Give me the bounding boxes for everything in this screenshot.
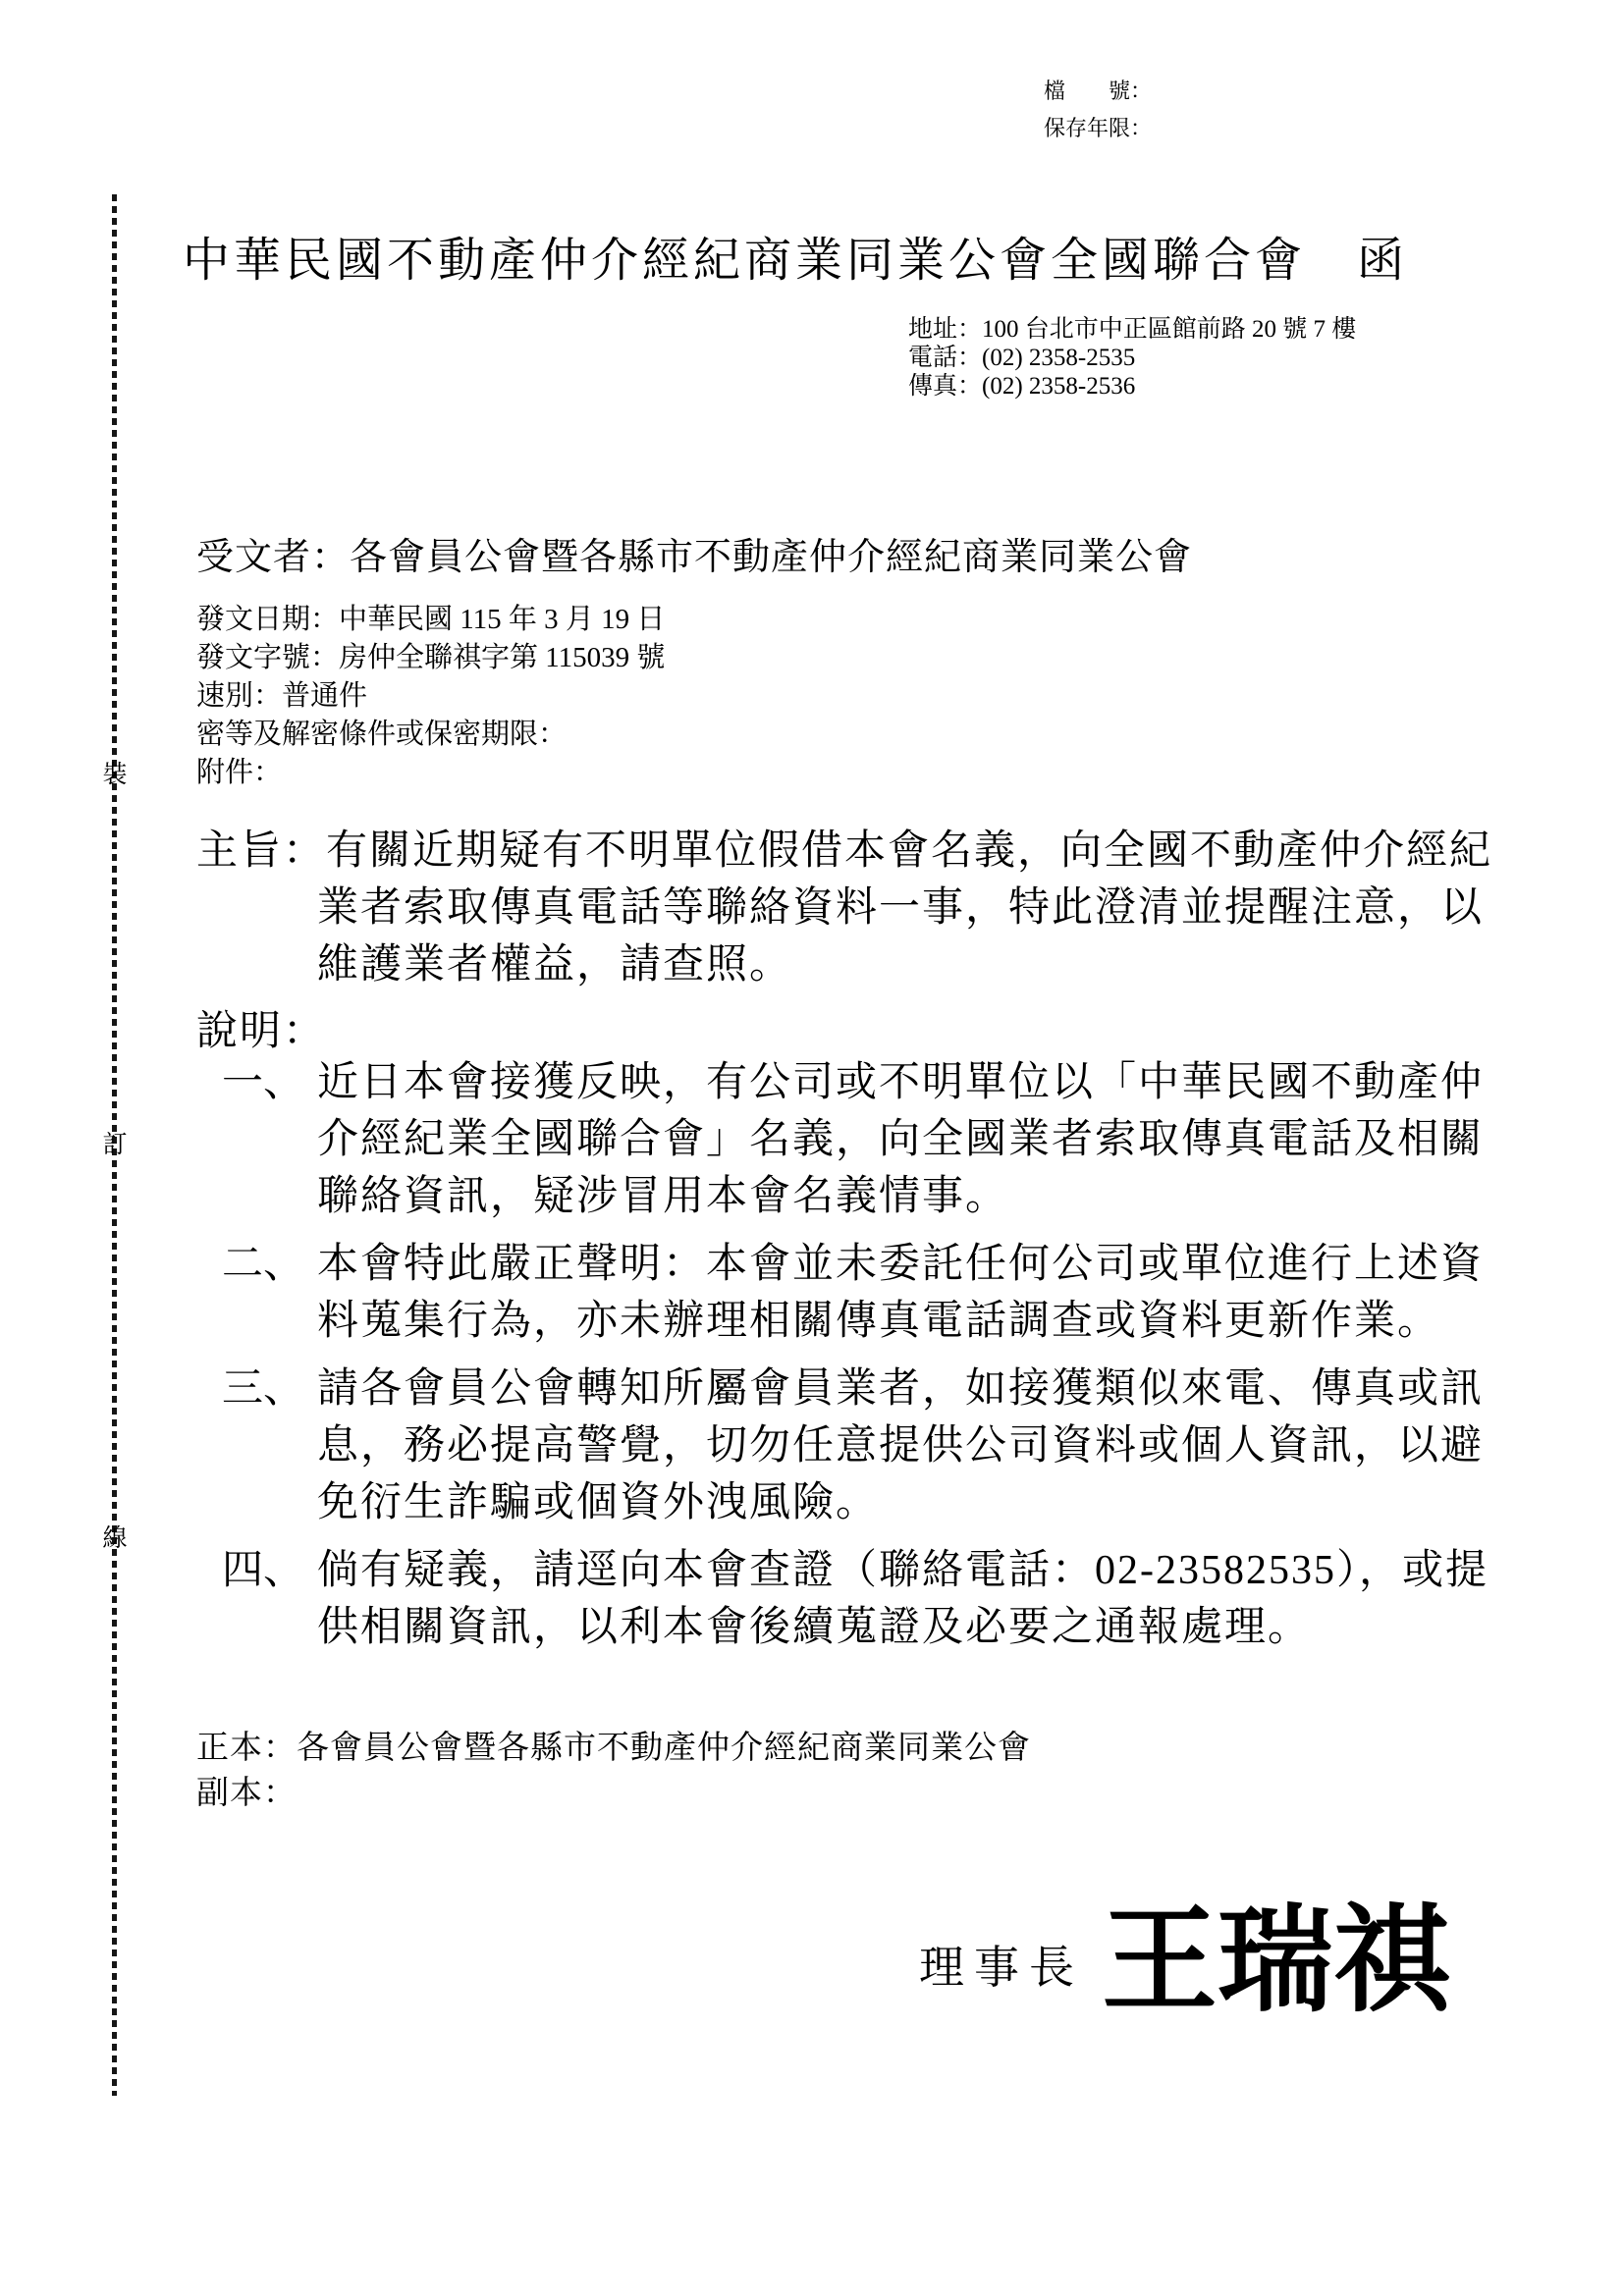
item-2-number: 二、 (222, 1236, 317, 1293)
subject-line-3: 維護業者權益，請查照。 (196, 936, 1492, 993)
subject-line-1: 有關近期疑有不明單位假借本會名義，向全國不動產仲介經紀 (326, 828, 1492, 874)
signer-title: 理事長 (919, 1932, 1084, 1997)
issuer-fax: 傳真：(02) 2358-2536 (908, 372, 1356, 400)
explanation-item-3: 三、請各會員公會轉知所屬會員業者，如接獲類似來電、傳真或訊 息，務必提高警覺，切… (222, 1361, 1489, 1531)
item-3-line-3: 免衍生詐騙或個資外洩風險。 (222, 1474, 1489, 1531)
subject-block: 主旨：有關近期疑有不明單位假借本會名義，向全國不動產仲介經紀 業者索取傳真電話等… (196, 823, 1492, 993)
issuer-address: 地址：100 台北市中正區館前路 20 號 7 樓 (908, 315, 1356, 344)
file-number-label: 檔 號： (1044, 73, 1152, 110)
binding-char-zhuang: 裝 (99, 755, 131, 790)
signer-name: 王瑞祺 (1102, 1867, 1449, 2034)
item-4-line-2: 供相關資訊，以利本會後續蒐證及必要之通報處理。 (222, 1599, 1489, 1656)
issuer-phone: 電話：(02) 2358-2535 (908, 344, 1356, 372)
item-1-number: 一、 (222, 1054, 317, 1111)
item-3-line-2: 息，務必提高警覺，切勿任意提供公司資料或個人資訊，以避 (222, 1417, 1489, 1474)
explanation-items: 一、近日本會接獲反映，有公司或不明單位以「中華民國不動產仲 介經紀業全國聯合會」… (222, 1054, 1489, 1656)
dispatch-number: 發文字號：房仲全聯祺字第 115039 號 (196, 639, 665, 677)
item-1-line-2: 介經紀業全國聯合會」名義，向全國業者索取傳真電話及相關 (222, 1111, 1489, 1168)
priority-level: 速別：普通件 (196, 677, 665, 716)
security-classification: 密等及解密條件或保密期限： (196, 716, 665, 754)
dispatch-date: 發文日期：中華民國 115 年 3 月 19 日 (196, 601, 665, 639)
item-1-line-3: 聯絡資訊，疑涉冒用本會名義情事。 (222, 1168, 1489, 1225)
subject-line-2: 業者索取傳真電話等聯絡資料一事，特此澄清並提醒注意，以 (196, 880, 1492, 936)
explanation-label: 說明： (196, 998, 326, 1057)
recipient-line: 受文者：各會員公會暨各縣市不動產仲介經紀商業同業公會 (196, 526, 1192, 580)
retention-period-label: 保存年限： (1044, 110, 1152, 147)
issuer-contact-block: 地址：100 台北市中正區館前路 20 號 7 樓 電話：(02) 2358-2… (908, 315, 1356, 400)
item-3-line-1: 請各會員公會轉知所屬會員業者，如接獲類似來電、傳真或訊 (317, 1366, 1484, 1412)
explanation-item-2: 二、本會特此嚴正聲明：本會並未委託任何公司或單位進行上述資 料蒐集行為，亦未辦理… (222, 1236, 1489, 1350)
subject-label: 主旨： (196, 828, 326, 874)
archive-header: 檔 號： 保存年限： (1044, 73, 1152, 147)
item-2-line-2: 料蒐集行為，亦未辦理相關傳真電話調查或資料更新作業。 (222, 1293, 1489, 1350)
attachment-label: 附件： (196, 754, 665, 792)
binding-char-ding: 訂 (99, 1125, 131, 1160)
explanation-item-1: 一、近日本會接獲反映，有公司或不明單位以「中華民國不動產仲 介經紀業全國聯合會」… (222, 1054, 1489, 1225)
explanation-item-4: 四、倘有疑義，請逕向本會查證（聯絡電話：02-23582535），或提 供相關資… (222, 1542, 1489, 1656)
original-copy-line: 正本：各會員公會暨各縣市不動產仲介經紀商業同業公會 (196, 1726, 1031, 1771)
dispatch-meta-block: 發文日期：中華民國 115 年 3 月 19 日 發文字號：房仲全聯祺字第 11… (196, 601, 665, 792)
item-4-number: 四、 (222, 1542, 317, 1599)
copies-block: 正本：各會員公會暨各縣市不動產仲介經紀商業同業公會 副本： (196, 1726, 1031, 1816)
cc-copy-line: 副本： (196, 1771, 1031, 1816)
item-3-number: 三、 (222, 1361, 317, 1417)
document-title: 中華民國不動產仲介經紀商業同業公會全國聯合會 函 (183, 222, 1408, 290)
official-letter-page: 裝 訂 線 檔 號： 保存年限： 中華民國不動產仲介經紀商業同業公會全國聯合會 … (0, 0, 1624, 2296)
item-1-line-1: 近日本會接獲反映，有公司或不明單位以「中華民國不動產仲 (317, 1060, 1484, 1105)
item-2-line-1: 本會特此嚴正聲明：本會並未委託任何公司或單位進行上述資 (317, 1242, 1484, 1287)
binding-char-xian: 線 (99, 1519, 131, 1554)
item-4-line-1: 倘有疑義，請逕向本會查證（聯絡電話：02-23582535），或提 (317, 1548, 1489, 1593)
